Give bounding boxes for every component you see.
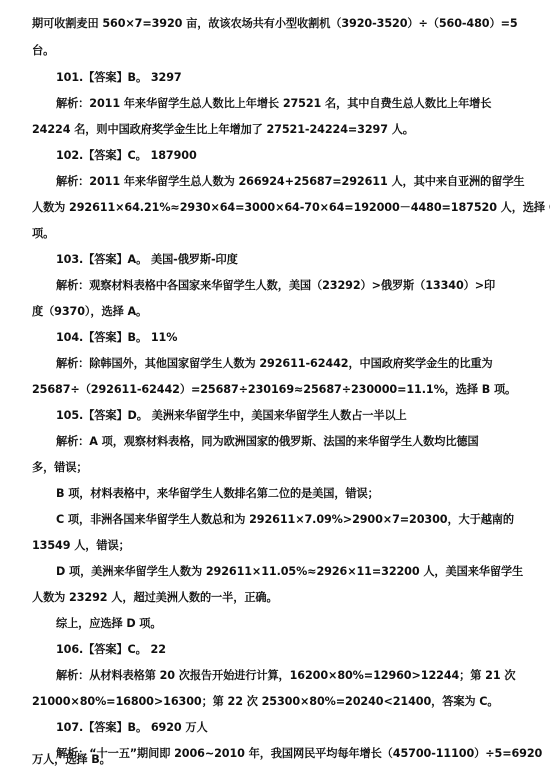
text-line: 综上，应选择 D 项。 — [56, 616, 506, 632]
text-line: 解析：A 项，观察材料表格，同为欧洲国家的俄罗斯、法国的来华留学生人数均比德国 — [56, 434, 478, 450]
document-page: 期可收割麦田 560×7=3920 亩，故该农场共有小型收割机（3920-352… — [0, 0, 550, 770]
text-line: 解析：除韩国外，其他国家留学生人数为 292611-62442，中国政府奖学金生… — [56, 356, 478, 372]
text-line: 解析：观察材料表格中各国家来华留学生人数，美国（23292）>俄罗斯（13340… — [56, 278, 478, 294]
text-line: D 项，美洲来华留学生人数为 292611×11.05%≈2926×11=322… — [56, 564, 478, 580]
answer-107-heading: 107.【答案】B。 6920 万人 — [56, 720, 506, 736]
text-line: 项。 — [32, 226, 482, 242]
answer-104-heading: 104.【答案】B。 11% — [56, 330, 506, 346]
text-line: 度（9370），选择 A。 — [32, 304, 482, 320]
text-line: 人数为 23292 人，超过美洲人数的一半，正确。 — [32, 590, 482, 606]
text-line: 13549 人，错误； — [32, 538, 482, 554]
text-line: 25687÷（292611-62442）=25687÷230169≈25687÷… — [32, 382, 482, 398]
text-line: 21000×80%=16800>16300；第 22 次 25300×80%=2… — [32, 694, 482, 710]
answer-103-heading: 103.【答案】A。 美国-俄罗斯-印度 — [56, 252, 506, 268]
text-line: C 项，非洲各国来华留学生人数总和为 292611×7.09%>2900×7=2… — [56, 512, 478, 528]
text-line: 解析：2011 年来华留学生总人数比上年增长 27521 名，其中自费生总人数比… — [56, 96, 478, 112]
text-line: 解析：从材料表格第 20 次报告开始进行计算，16200×80%=12960>1… — [56, 668, 478, 684]
answer-102-heading: 102.【答案】C。 187900 — [56, 148, 506, 164]
text-line: B 项，材料表格中，来华留学生人数排名第二位的是美国，错误； — [56, 486, 506, 502]
text-line: 期可收割麦田 560×7=3920 亩，故该农场共有小型收割机（3920-352… — [32, 16, 478, 32]
text-line: 解析：2011 年来华留学生总人数为 266924+25687=292611 人… — [56, 174, 478, 190]
text-line: 人数为 292611×64.21%≈2930×64=3000×64-70×64=… — [32, 200, 478, 216]
text-line: 台。 — [32, 43, 482, 59]
text-line: 24224 名，则中国政府奖学金生比上年增加了 27521-24224=3297… — [32, 122, 482, 138]
text-line: 多，错误； — [32, 460, 482, 476]
answer-106-heading: 106.【答案】C。 22 — [56, 642, 506, 658]
answer-105-heading: 105.【答案】D。 美洲来华留学生中，美国来华留学生人数占一半以上 — [56, 408, 506, 424]
answer-101-heading: 101.【答案】B。 3297 — [56, 70, 506, 86]
text-line: 万人，选择 B。 — [32, 752, 482, 768]
